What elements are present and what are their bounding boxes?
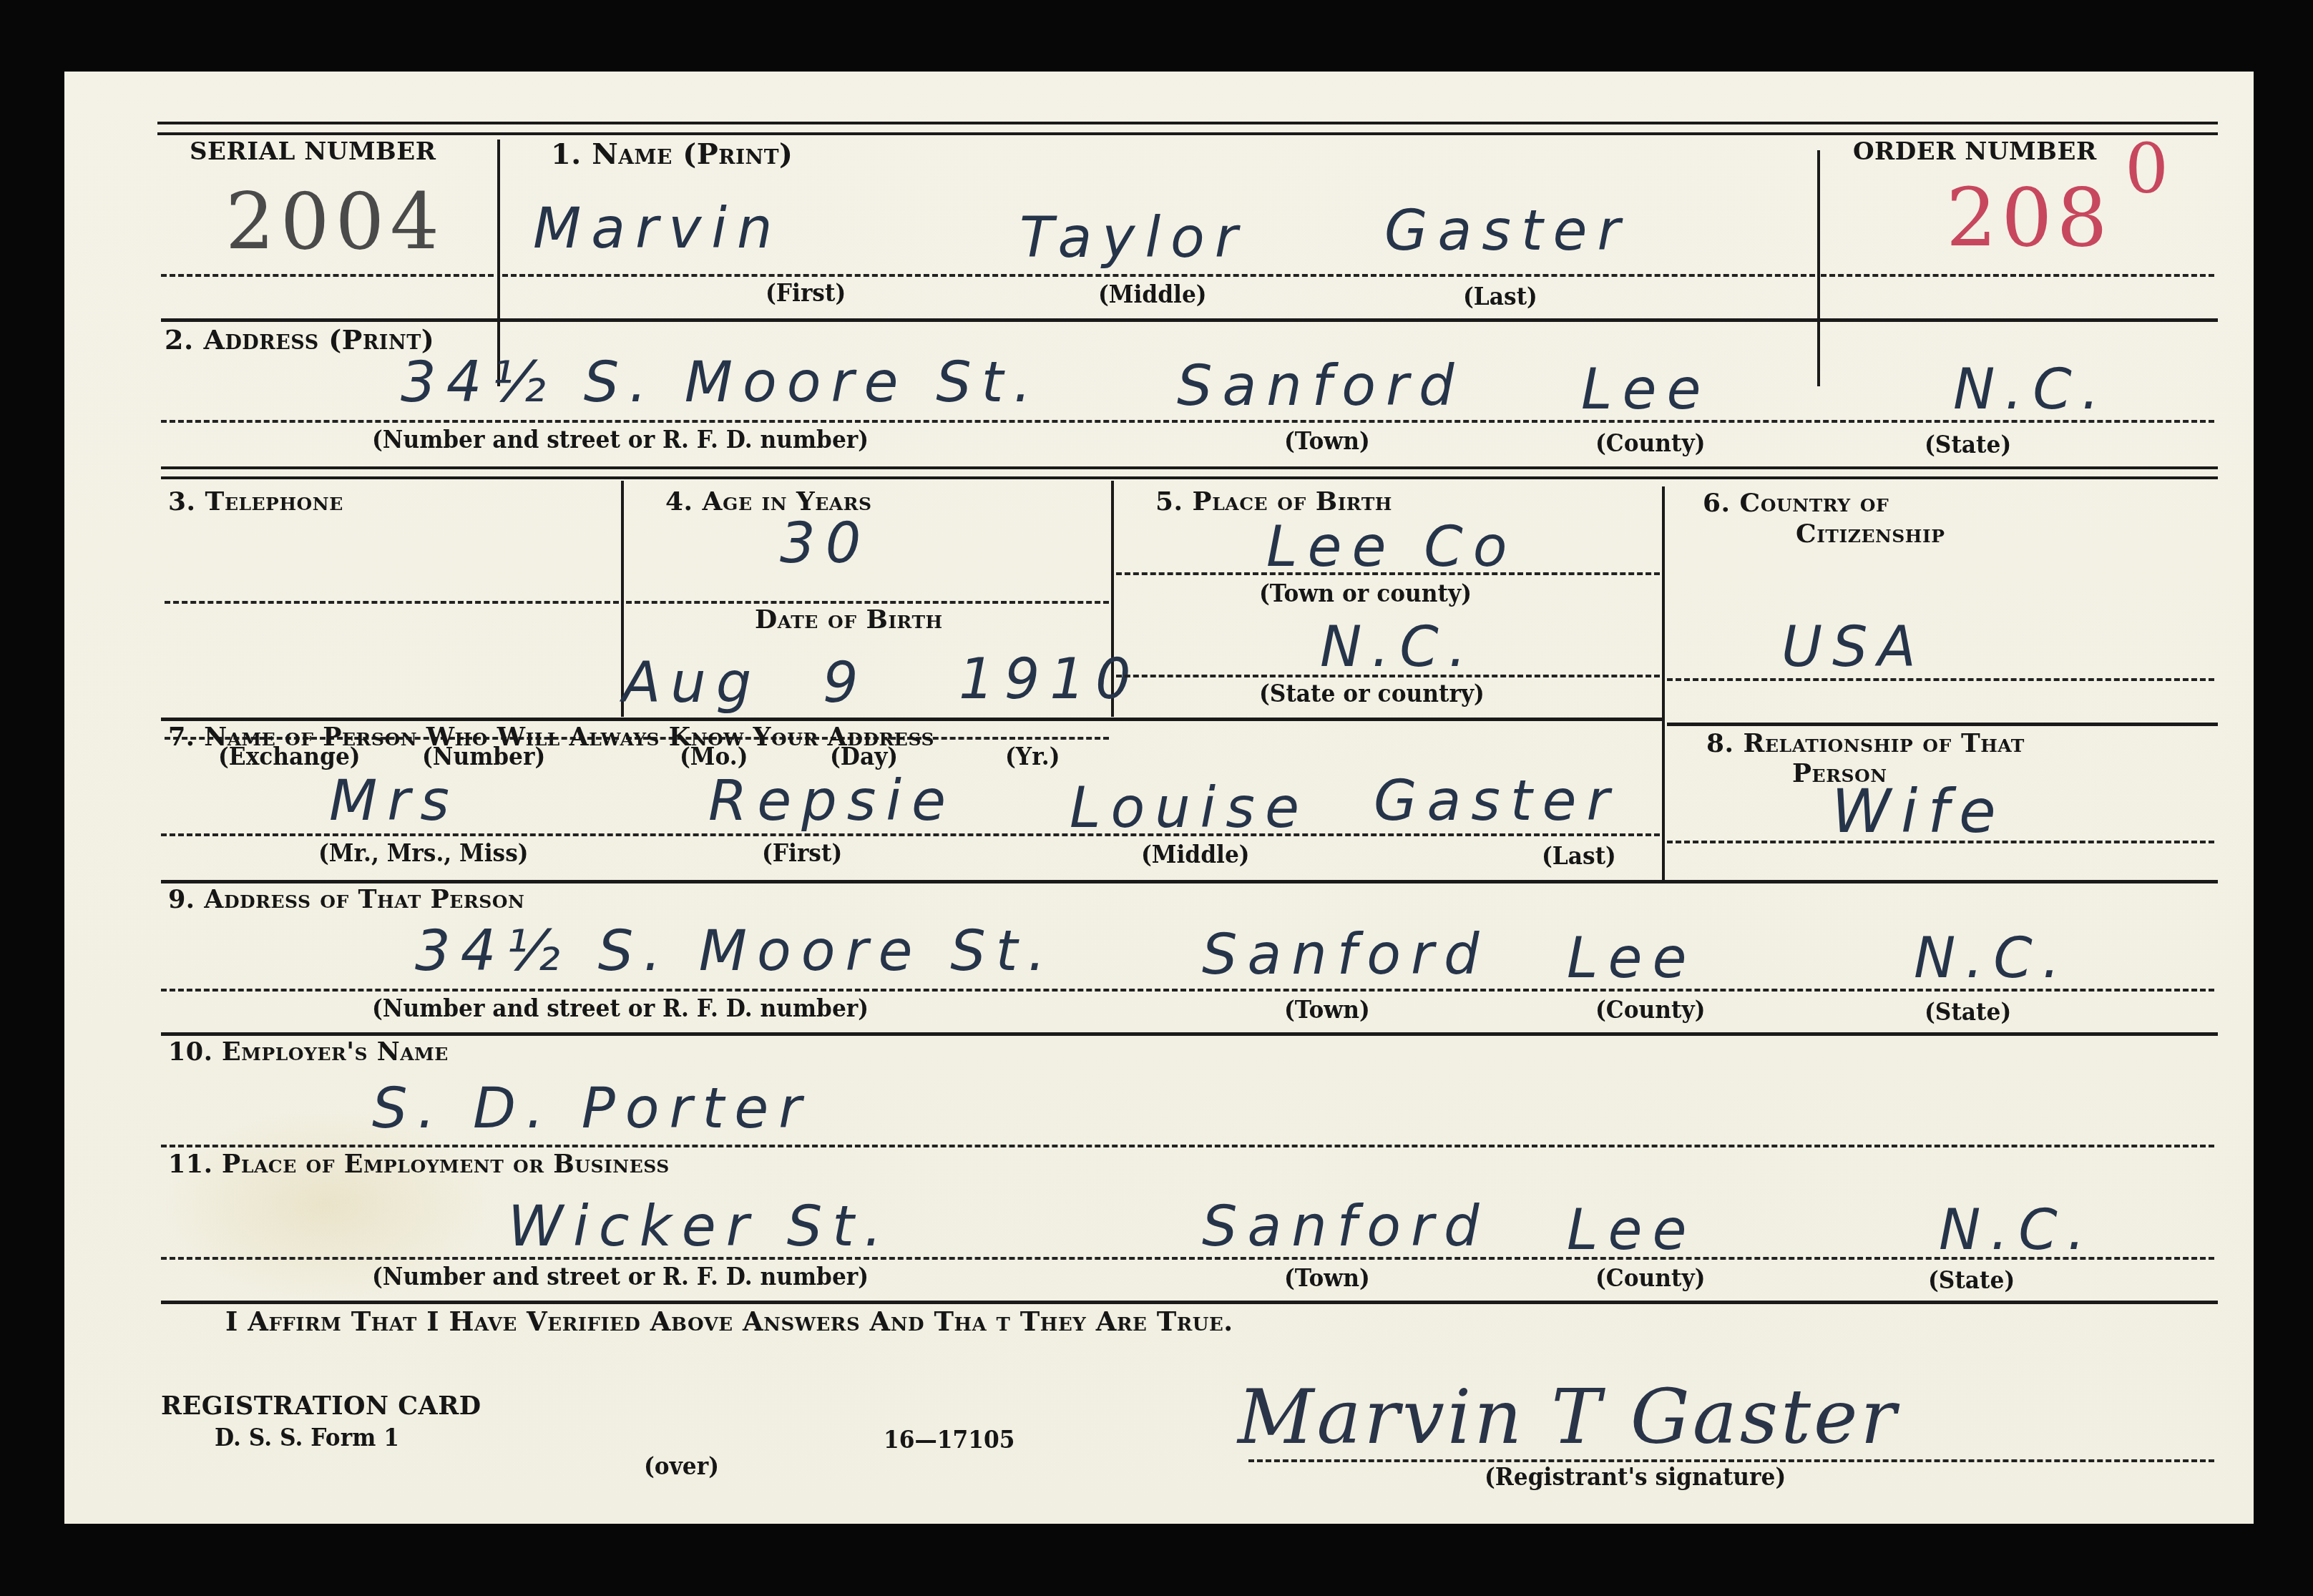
top-rule-1 bbox=[157, 122, 2218, 124]
registrant-signature: Marvin T Gaster bbox=[1238, 1374, 1899, 1461]
serial-dash-line bbox=[161, 274, 494, 277]
last-caption: (Last) bbox=[1463, 283, 1537, 311]
address-town-caption: (Town) bbox=[1284, 427, 1370, 456]
contact-address-label: 9. Address of That Person bbox=[168, 885, 524, 914]
contact-title-caption: (Mr., Mrs., Miss) bbox=[318, 839, 529, 868]
birthplace-town: Lee Co bbox=[1266, 515, 1517, 579]
serial-divider bbox=[497, 139, 500, 386]
relationship-label-line1: 8. Relationship of That bbox=[1706, 728, 2025, 758]
contact-address-street: 34½ S. Moore St. bbox=[415, 919, 1055, 984]
contact-first-caption: (First) bbox=[762, 839, 842, 868]
relationship-dash-line bbox=[1667, 841, 2214, 843]
name-label: 1. Name (Print) bbox=[551, 137, 793, 171]
form-name: D. S. S. Form 1 bbox=[215, 1424, 399, 1452]
year-caption: (Yr.) bbox=[1005, 743, 1060, 771]
employer-name: S. D. Porter bbox=[372, 1077, 811, 1141]
contact-address-county: Lee bbox=[1567, 926, 1696, 991]
serial-number-value: 2004 bbox=[225, 177, 445, 267]
registration-card-title: REGISTRATION CARD bbox=[161, 1391, 481, 1421]
middle-caption: (Middle) bbox=[1098, 280, 1207, 309]
contact-county-caption: (County) bbox=[1595, 996, 1705, 1024]
address-label: 2. Address (Print) bbox=[165, 323, 434, 356]
contact-street-caption: (Number and street or R. F. D. number) bbox=[372, 994, 869, 1023]
order-number-suffix: 0 bbox=[2125, 129, 2168, 209]
row9-bottom-rule bbox=[161, 1032, 2218, 1036]
date-of-birth-label: Date of Birth bbox=[755, 604, 943, 635]
birthplace-town-caption: (Town or county) bbox=[1259, 579, 1472, 608]
name-dash-line bbox=[502, 274, 1815, 277]
employment-county-caption: (County) bbox=[1595, 1264, 1705, 1293]
contact-address-town: Sanford bbox=[1202, 923, 1490, 987]
order-number-value: 208 bbox=[1946, 172, 2112, 265]
contact-address-dash-line bbox=[161, 989, 2214, 992]
row7-bottom-rule bbox=[161, 880, 2218, 883]
citizenship-label-line1: 6. Country of bbox=[1703, 488, 1889, 518]
row3-bottom-rule-right bbox=[1667, 723, 2218, 726]
top-rule-2 bbox=[157, 132, 2218, 135]
employment-street: Wicker St. bbox=[508, 1195, 892, 1259]
relationship-value: Wife bbox=[1832, 776, 2006, 846]
over-indicator: (over) bbox=[644, 1452, 719, 1481]
address-county: Lee bbox=[1581, 358, 1711, 422]
address-town: Sanford bbox=[1177, 354, 1464, 418]
employment-dash-line bbox=[161, 1257, 2214, 1260]
contact-middle-name: Louise bbox=[1070, 776, 1309, 841]
contact-last-caption: (Last) bbox=[1542, 842, 1616, 871]
print-code: 16—17105 bbox=[884, 1426, 1015, 1454]
order-number-label: ORDER NUMBER bbox=[1853, 137, 2097, 166]
age-dash-line bbox=[626, 601, 1109, 604]
dob-month: Aug bbox=[622, 651, 761, 715]
employment-county: Lee bbox=[1567, 1198, 1696, 1263]
registration-card: SERIAL NUMBER 2004 1. Name (Print) ORDER… bbox=[64, 72, 2254, 1524]
first-caption: (First) bbox=[766, 279, 846, 308]
address-dash-line bbox=[161, 420, 2214, 423]
contact-dash-line bbox=[161, 833, 1660, 836]
affirmation-text: I Affirm That I Have Verified Above Answ… bbox=[225, 1306, 1233, 1337]
citizenship-dash-line bbox=[1667, 678, 2214, 681]
contact-label: 7. Name of Person Who Will Always Know Y… bbox=[168, 723, 934, 752]
citizenship-label-line2: Citizenship bbox=[1796, 519, 1945, 549]
serial-number-label: SERIAL NUMBER bbox=[190, 137, 436, 166]
address-state-caption: (State) bbox=[1925, 431, 2011, 459]
birthplace-dash-line-1 bbox=[1116, 572, 1660, 575]
birthplace-divider bbox=[1662, 486, 1665, 880]
employment-state: N.C. bbox=[1939, 1198, 2095, 1263]
contact-last-name: Gaster bbox=[1374, 769, 1620, 833]
birthplace-dash-line-2 bbox=[1116, 675, 1660, 677]
address-street: 34½ S. Moore St. bbox=[401, 351, 1041, 415]
row2-bottom-rule-1 bbox=[161, 466, 2218, 469]
contact-state-caption: (State) bbox=[1925, 998, 2011, 1027]
address-street-caption: (Number and street or R. F. D. number) bbox=[372, 426, 869, 454]
employment-town-caption: (Town) bbox=[1284, 1264, 1370, 1293]
registrant-first-name: Marvin bbox=[533, 197, 782, 261]
birthplace-state-caption: (State or country) bbox=[1259, 680, 1485, 708]
employment-place-label: 11. Place of Employment or Business bbox=[168, 1150, 670, 1179]
order-divider bbox=[1817, 150, 1820, 386]
telephone-label: 3. Telephone bbox=[168, 486, 343, 517]
employment-town: Sanford bbox=[1202, 1195, 1490, 1259]
contact-town-caption: (Town) bbox=[1284, 996, 1370, 1024]
birthplace-label: 5. Place of Birth bbox=[1155, 486, 1392, 517]
employer-label: 10. Employer's Name bbox=[168, 1037, 449, 1067]
employment-street-caption: (Number and street or R. F. D. number) bbox=[372, 1263, 869, 1291]
row3-bottom-rule-left bbox=[161, 718, 1663, 721]
telephone-dash-line-1 bbox=[165, 601, 619, 604]
row1-bottom-rule bbox=[161, 318, 2218, 322]
signature-dash-line bbox=[1248, 1459, 2214, 1462]
contact-first-name: Repsie bbox=[708, 769, 956, 833]
birthplace-state: N.C. bbox=[1320, 615, 1476, 680]
order-dash-line bbox=[1821, 274, 2214, 277]
employment-state-caption: (State) bbox=[1928, 1266, 2015, 1295]
signature-caption: (Registrant's signature) bbox=[1485, 1463, 1786, 1492]
contact-middle-caption: (Middle) bbox=[1141, 841, 1250, 869]
dob-day: 9 bbox=[823, 651, 869, 715]
dob-year: 1910 bbox=[959, 647, 1141, 712]
age-value: 30 bbox=[780, 511, 871, 576]
address-state: N.C. bbox=[1953, 358, 2109, 422]
employer-dash-line bbox=[161, 1145, 2214, 1147]
contact-address-state: N.C. bbox=[1914, 926, 2070, 991]
contact-title: Mrs bbox=[329, 769, 459, 833]
row11-bottom-rule bbox=[161, 1301, 2218, 1304]
citizenship-value: USA bbox=[1781, 615, 1926, 680]
row2-bottom-rule-2 bbox=[161, 476, 2218, 479]
registrant-middle-name: Taylor bbox=[1019, 206, 1248, 270]
address-county-caption: (County) bbox=[1595, 429, 1705, 458]
registrant-last-name: Gaster bbox=[1384, 199, 1630, 263]
